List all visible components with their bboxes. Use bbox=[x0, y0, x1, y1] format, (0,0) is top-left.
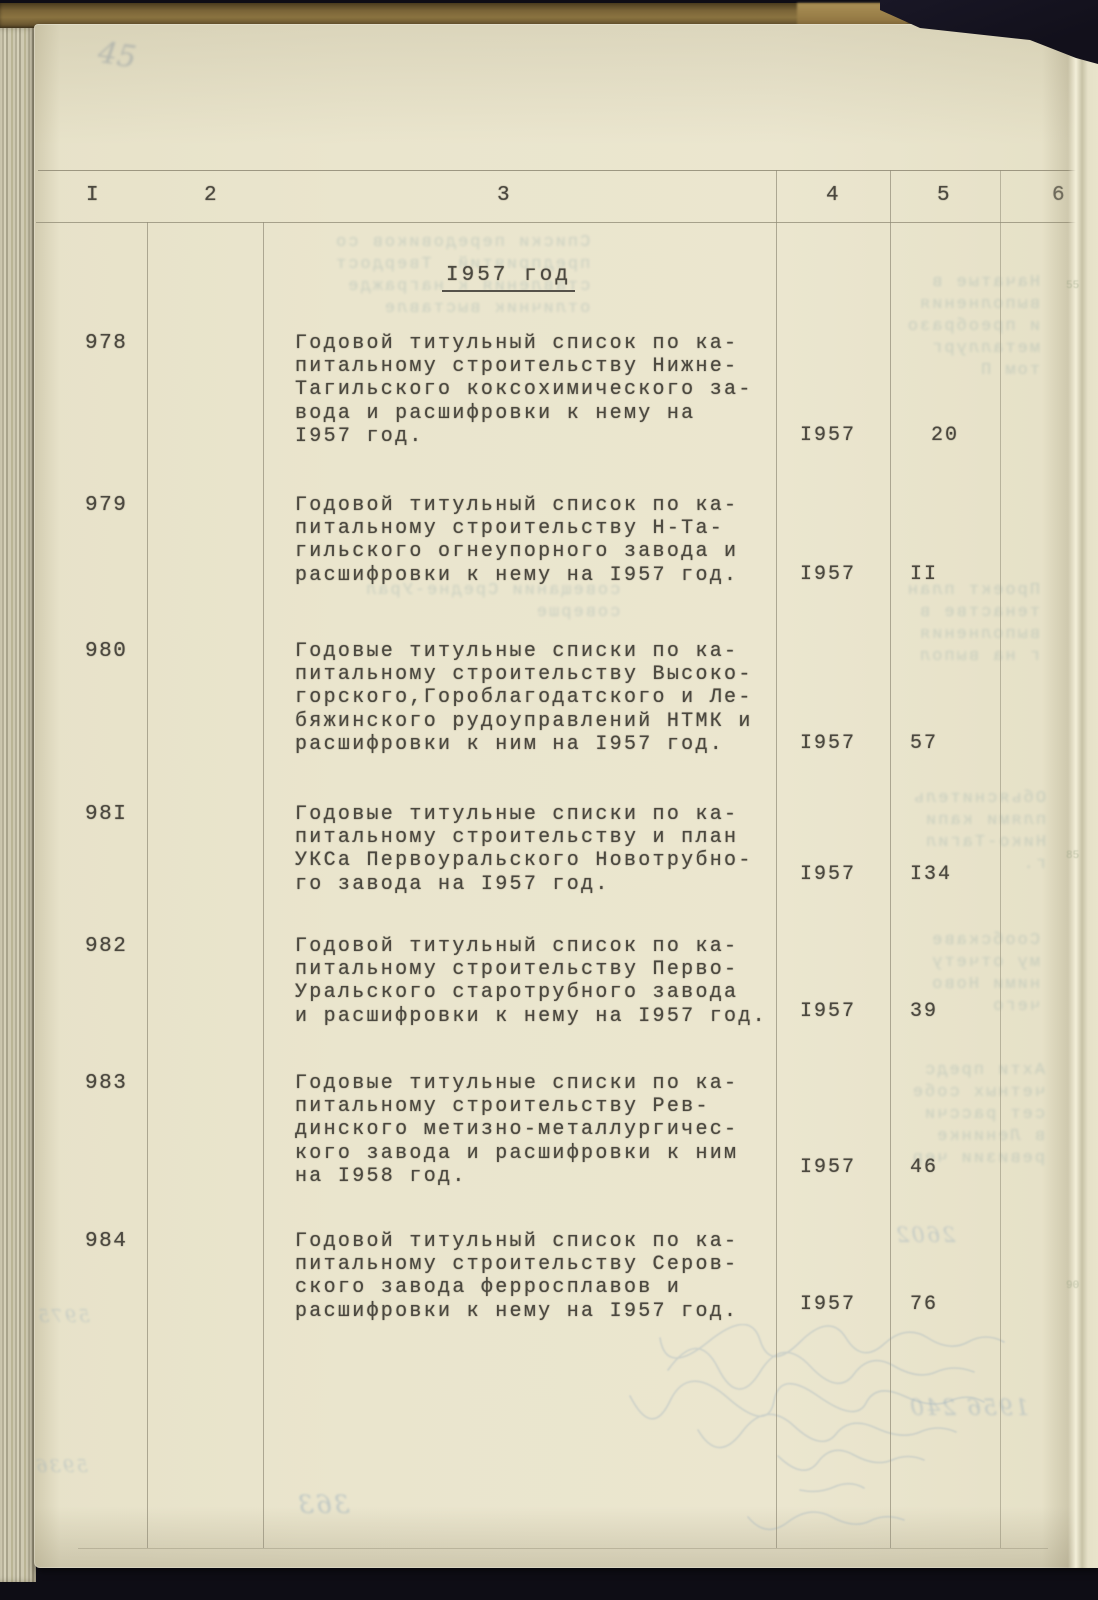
bleedthrough-text: Начатые в выполнения и преобразо металлу… bbox=[860, 272, 1040, 382]
entry-number: 980 bbox=[85, 640, 127, 663]
bleedthrough-text: Проект план тенастве в выполнения г на в… bbox=[860, 580, 1040, 668]
entry-year: I957 bbox=[800, 863, 856, 886]
fold-margin-number: 90 bbox=[1066, 1280, 1079, 1292]
entry-title: Годовой титульный список по ка- питально… bbox=[295, 332, 781, 448]
table-rule-top bbox=[38, 170, 1088, 171]
entry-title: Годовые титульные списки по ка- питально… bbox=[295, 803, 781, 896]
handwriting-bleedthrough bbox=[284, 1324, 1044, 1554]
bleedthrough-number: 363 bbox=[296, 1494, 350, 1516]
section-heading-year: I957 год bbox=[442, 264, 575, 292]
page-stack-edge bbox=[0, 28, 36, 1582]
entry-number: 984 bbox=[85, 1230, 127, 1253]
entry-sheet-count: 20 bbox=[931, 424, 959, 447]
column-header-5: 5 bbox=[937, 184, 952, 207]
entry-year: I957 bbox=[800, 1293, 856, 1316]
entry-year: I957 bbox=[800, 563, 856, 586]
column-divider bbox=[1000, 170, 1001, 1548]
bleedthrough-number: 5975 bbox=[36, 1306, 90, 1328]
pencil-page-number: 45 bbox=[96, 36, 139, 76]
entry-year: I957 bbox=[800, 1000, 856, 1023]
entry-year: I957 bbox=[800, 424, 856, 447]
fold-margin-number: 55 bbox=[1066, 280, 1079, 292]
entry-title: Годовой титульный список по ка- питально… bbox=[295, 935, 781, 1028]
column-divider bbox=[147, 222, 148, 1548]
column-header-4: 4 bbox=[826, 184, 841, 207]
entry-sheet-count: 46 bbox=[910, 1156, 938, 1179]
entry-number: 982 bbox=[85, 935, 127, 958]
entry-title: Годовой титульный список по ка- питально… bbox=[295, 494, 781, 587]
scanned-page: 45 Списки передовиков со предприятий. Тв… bbox=[34, 24, 1098, 1568]
column-divider bbox=[263, 222, 264, 1548]
column-header-6: 6 bbox=[1052, 184, 1067, 207]
table-rule-bottom bbox=[78, 1548, 1048, 1549]
bleedthrough-text: Сообскаве му отчету ними Ново чего bbox=[850, 930, 1040, 1018]
entry-sheet-count: II bbox=[910, 563, 938, 586]
entry-number: 983 bbox=[85, 1072, 127, 1095]
entry-sheet-count: 76 bbox=[910, 1293, 938, 1316]
bleedthrough-number: 2602 bbox=[894, 1224, 955, 1246]
bleedthrough-number: 1956 240 bbox=[908, 1398, 1029, 1420]
entry-year: I957 bbox=[800, 1156, 856, 1179]
entry-number: 98I bbox=[85, 803, 127, 826]
entry-year: I957 bbox=[800, 732, 856, 755]
page-fold bbox=[1042, 24, 1098, 1568]
bleedthrough-text: Обьяснитель плями капи Нико-Тагил г. bbox=[866, 788, 1046, 876]
entry-number: 979 bbox=[85, 494, 127, 517]
fold-margin-number: 85 bbox=[1066, 850, 1079, 862]
entry-title: Годовой титульный список по ка- питально… bbox=[295, 1230, 781, 1323]
entry-sheet-count: I34 bbox=[910, 863, 952, 886]
entry-sheet-count: 39 bbox=[910, 1000, 938, 1023]
entry-sheet-count: 57 bbox=[910, 732, 938, 755]
column-header-1: I bbox=[86, 184, 101, 207]
entry-title: Годовые титульные списки по ка- питально… bbox=[295, 1072, 781, 1188]
column-header-3: 3 bbox=[497, 184, 512, 207]
column-divider bbox=[890, 170, 891, 1548]
bleedthrough-text: Ахти предс четных собе сет рассчи в Лени… bbox=[850, 1060, 1045, 1170]
table-rule-header-bottom bbox=[36, 222, 1088, 223]
bleedthrough-number: 5936 bbox=[34, 1456, 88, 1478]
entry-number: 978 bbox=[85, 332, 127, 355]
column-header-2: 2 bbox=[204, 184, 219, 207]
entry-title: Годовые титульные списки по ка- питально… bbox=[295, 640, 781, 756]
